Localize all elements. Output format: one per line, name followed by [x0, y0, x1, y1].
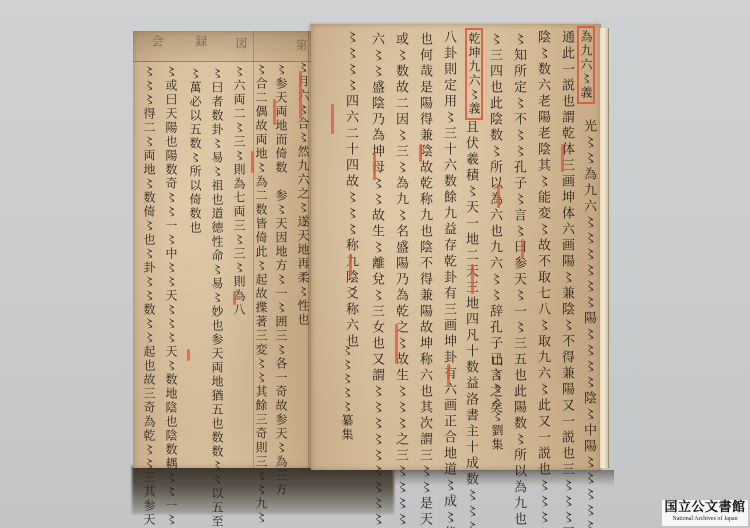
text-column: 〻萬必以五数〻所以倚数也: [189, 67, 201, 467]
watermark-en: National Archives of Japan: [664, 515, 746, 523]
red-annotation-mark: [419, 144, 422, 162]
text-column: 〻〻〻〻四六二十四故〻〻〻称九陰爻称六也: [344, 30, 357, 330]
text-column: 通此一説也謂乾体三画坤体六画陽〻兼陰〻不得兼陽又一説也三〻〻〻互相〻〻: [560, 30, 573, 460]
red-annotation-mark: [521, 239, 524, 259]
red-annotation-mark: [373, 154, 376, 180]
text-column: 〻或曰天陽也陽数奇〻〻一〻中〻〻天〻〻〻天〻数地陰也陰数耦〻〻一〻〻〻: [165, 65, 177, 465]
red-annotation-mark: [349, 254, 352, 276]
left-page: 会 録 図 第 〻月六〻合〻然九六之〻遂天地再柔〻性也 〻参天両地而倚数 参〻天…: [133, 31, 315, 468]
red-annotation-mark: [233, 291, 236, 305]
header-char: 録: [195, 35, 207, 50]
left-page-header-strip: 会 録 図 第: [133, 31, 315, 62]
text-column: 〻参天両地而倚数 参〻天因地方〻一〻囲三〻各一奇故参天〻為三方: [275, 63, 287, 463]
right-page: 為九六〻義 光〻〻為九六〻〻〻〻〻〻陽〻〻〻〻陰〻中陽〻〻〻〻〻 通此一説也謂乾…: [311, 24, 601, 470]
archive-watermark: 国立公文書館 National Archives of Japan: [662, 500, 748, 526]
page-block-edge: [600, 28, 609, 468]
header-char: 図: [235, 37, 247, 52]
red-annotation-mark: [187, 349, 190, 361]
header-char: 会: [151, 35, 163, 50]
red-annotation-mark: [471, 264, 474, 294]
text-column: 〻曰者数卦〻易〻祖也道徳性命〻易〻妙也参天両地猶五也数数〻〻以五至窮: [211, 67, 223, 467]
boxed-heading: 乾坤九六〻義: [465, 28, 483, 120]
text-column: 〻六両二〻三〻則為七両三〻三〻則為八: [233, 65, 245, 465]
text-column: 〻合二偶故両地〻為二数皆倚此〻起故揲著三変〻〻其餘三奇則三〻〻九〻: [255, 63, 267, 463]
red-annotation-mark: [395, 324, 398, 364]
text-column: 陰〻数六老陽老陰其〻能変〻故不取七八〻取九六〻此又一説也〻〻〻〻老陽〻数九〻: [536, 30, 549, 460]
text-column: 〻三四也此陰数〻所以為六也九六〻〻辞孔子已言之矣: [488, 32, 501, 292]
boxed-heading: 為九六〻義: [577, 26, 595, 104]
text-column: 〻月六〻合〻然九六之〻遂天地再柔〻性也: [297, 61, 309, 461]
red-annotation-mark: [299, 71, 302, 119]
red-annotation-mark: [331, 104, 334, 134]
red-annotation-mark: [561, 144, 564, 172]
text-column: 光〻〻為九六〻〻〻〻〻〻陽〻〻〻〻陰〻中陽〻〻〻〻〻: [582, 119, 595, 459]
red-annotation-mark: [251, 151, 254, 173]
author-note: 〻〻〻〻〻纂集: [341, 344, 353, 442]
text-column: 〻〻〻得二〻両地〻数倚〻也〻卦〻〻数〻〻起也故三奇為乾〻〻三其参天: [143, 65, 155, 465]
header-char: 第: [295, 39, 307, 54]
text-column: 或〻数故二因〻三〻為九〻名盛陽乃為乾之〻故生〻〻〻之三〻〻〻〻: [394, 32, 407, 462]
text-column: 也何哉是陽得兼陰故乾称九也陰不得兼陽故坤称六也其次謂三〻〻是天地〻: [418, 32, 431, 462]
author-note: 山〻〻〻〻劉集: [491, 354, 503, 452]
red-annotation-mark: [497, 184, 500, 208]
watermark-jp: 国立公文書館: [664, 501, 746, 515]
text-column: 八卦則定用〻三十六数餘九益存乾卦有三画坤卦有六画正合地道〻成〻代〻〻: [442, 30, 455, 460]
red-annotation-mark: [447, 364, 450, 386]
text-column: 六〻〻盛陰乃為坤母〻〻故生〻離兌〻三女也又謂〻〻〻〻〻〻〻〻〻〻: [370, 32, 383, 462]
red-annotation-mark: [273, 99, 276, 125]
